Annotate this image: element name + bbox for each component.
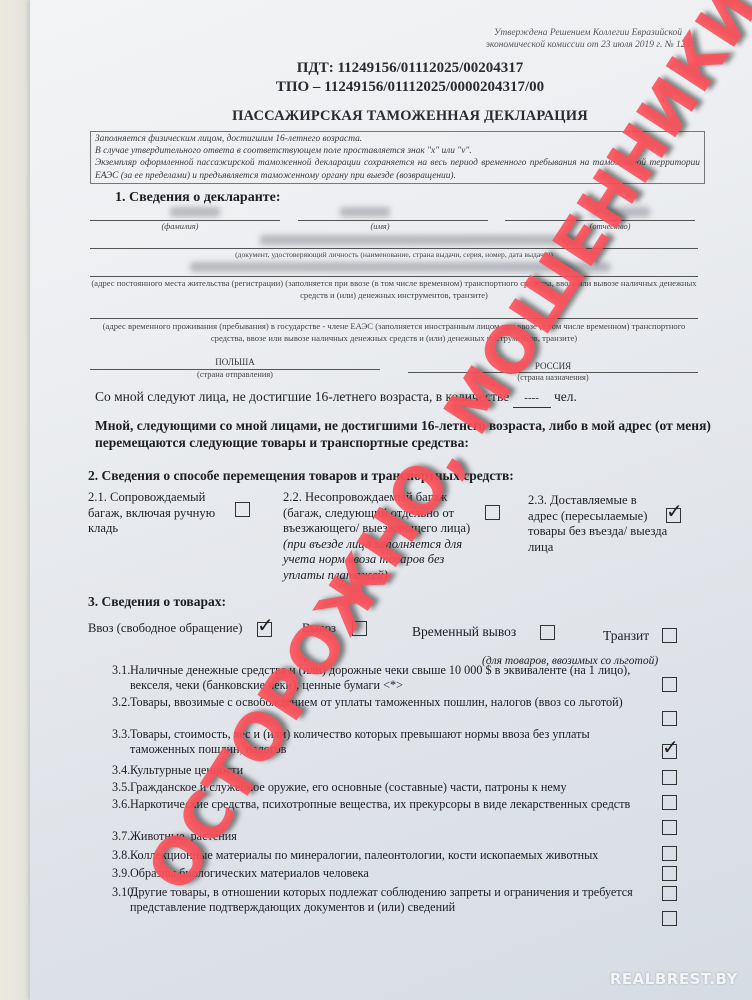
goods-item-number: 3.9. xyxy=(112,866,130,881)
destination-country-caption: (страна назначения) xyxy=(408,373,698,382)
departure-country-caption: (страна отправления) xyxy=(90,370,380,379)
check-icon: ✓ xyxy=(666,501,683,521)
section-1-heading: 1. Сведения о декларанте: xyxy=(115,190,281,206)
temporary-address-field[interactable] xyxy=(90,318,698,319)
goods-item-label: Культурные ценности xyxy=(130,763,640,778)
document-value-redacted xyxy=(260,235,580,245)
goods-item-label: Товары, стоимость, вес и (или) количеств… xyxy=(130,727,640,756)
goods-item-label: Наркотические средства, психотропные вещ… xyxy=(130,797,640,812)
goods-item-label: Гражданское и служебное оружие, его осно… xyxy=(130,780,640,795)
approval-note: Утверждена Решением Коллегии Евразийской… xyxy=(458,27,718,51)
option-2-2-checkbox[interactable] xyxy=(485,505,500,520)
mode-temp-export-label: Временный вывоз xyxy=(412,624,516,640)
mode-transit-label: Транзит xyxy=(603,628,649,644)
goods-item-number: 3.4. xyxy=(112,763,130,778)
minors-label: Со мной следуют лица, не достигшие 16-ле… xyxy=(95,389,509,404)
patronymic-field[interactable] xyxy=(505,220,695,221)
goods-item-label: Наличные денежные средства и (или) дорож… xyxy=(130,663,640,692)
approval-line-1: Утверждена Решением Коллегии Евразийской xyxy=(458,27,718,39)
goods-item-label: Другие товары, в отношении которых подле… xyxy=(130,885,640,914)
mode-export-checkbox[interactable] xyxy=(352,621,367,636)
permanent-address-caption: (адрес постоянного места жительства (рег… xyxy=(90,277,698,301)
mode-import-checkbox[interactable]: ✓ xyxy=(257,622,272,637)
background-surface xyxy=(0,0,30,1000)
goods-item-number: 3.5. xyxy=(112,780,130,795)
goods-item-checkbox[interactable] xyxy=(662,820,677,835)
instructions-box: Заполняется физическим лицом, достигшим … xyxy=(90,131,705,184)
pdt-number: ПДТ: 11249156/01112025/00204317 xyxy=(150,59,670,78)
identity-document-field[interactable] xyxy=(90,248,698,249)
goods-item-checkbox[interactable] xyxy=(662,711,677,726)
notice-line-1: Заполняется физическим лицом, достигшим … xyxy=(95,133,700,145)
goods-item-number: 3.6. xyxy=(112,797,130,812)
goods-statement: Мной, следующими со мной лицами, не дост… xyxy=(95,417,735,451)
goods-item-checkbox[interactable]: ✓ xyxy=(662,744,677,759)
check-icon: ✓ xyxy=(257,615,274,635)
notice-line-3: Экземпляр оформленной пассажирской тамож… xyxy=(95,157,700,181)
goods-item-number: 3.3. xyxy=(112,727,130,742)
brand-watermark: REALBREST.BY xyxy=(610,970,738,988)
minors-count-field[interactable]: ---- xyxy=(513,390,551,408)
page-title: ПАССАЖИРСКАЯ ТАМОЖЕННАЯ ДЕКЛАРАЦИЯ xyxy=(150,108,670,125)
option-2-2-label: 2.2. Несопровождаемый багаж (багаж, след… xyxy=(283,490,483,537)
option-2-1-label: 2.1. Сопровождаемый багаж, включая ручну… xyxy=(88,490,238,537)
name-caption: (имя) xyxy=(350,222,410,231)
name-value-redacted xyxy=(340,207,390,217)
goods-item-checkbox[interactable] xyxy=(662,677,677,692)
minors-unit: чел. xyxy=(554,389,577,404)
destination-country-value: РОССИЯ xyxy=(408,361,698,371)
mode-transit-checkbox[interactable] xyxy=(662,628,677,643)
mode-export-label: Вывоз xyxy=(302,621,336,637)
option-2-3-checkbox[interactable]: ✓ xyxy=(666,508,681,523)
tpo-number: ТПО – 11249156/01112025/0000204317/00 xyxy=(150,78,670,97)
goods-item-checkbox[interactable] xyxy=(662,795,677,810)
surname-field[interactable] xyxy=(90,220,280,221)
goods-item-label: Животные, растения xyxy=(130,829,640,844)
goods-item-checkbox[interactable] xyxy=(662,911,677,926)
approval-line-2: экономической комиссии от 23 июля 2019 г… xyxy=(458,39,718,51)
goods-item-checkbox[interactable] xyxy=(662,886,677,901)
minors-line: Со мной следуют лица, не достигшие 16-ле… xyxy=(95,388,715,408)
option-2-3-label: 2.3. Доставляемые в адрес (пересылаемые)… xyxy=(528,493,668,555)
check-icon: ✓ xyxy=(662,737,679,757)
surname-caption: (фамилия) xyxy=(140,222,220,231)
option-2-2: 2.2. Несопровождаемый багаж (багаж, след… xyxy=(283,490,483,583)
declaration-paper: Утверждена Решением Коллегии Евразийской… xyxy=(30,0,752,1000)
goods-item-number: 3.7. xyxy=(112,829,130,844)
option-2-1-checkbox[interactable] xyxy=(235,502,250,517)
goods-item-checkbox[interactable] xyxy=(662,846,677,861)
name-field[interactable] xyxy=(298,220,488,221)
goods-item-label: Товары, ввозимые с освобождением от упла… xyxy=(130,695,640,710)
departure-country-value: ПОЛЬША xyxy=(90,357,380,367)
temporary-address-caption: (адрес временного проживания (пребывания… xyxy=(90,320,698,344)
mode-temp-export-checkbox[interactable] xyxy=(540,625,555,640)
option-2-2-note: (при въезде лица заполняется для учета н… xyxy=(283,537,483,584)
goods-item-number: 3.2. xyxy=(112,695,130,710)
goods-item-number: 3.1. xyxy=(112,663,130,678)
goods-item-label: Образцы биологических материалов человек… xyxy=(130,866,640,881)
section-3-heading: 3. Сведения о товарах: xyxy=(88,593,226,610)
mode-import-label: Ввоз (свободное обращение) xyxy=(88,621,242,637)
notice-line-2: В случае утвердительного ответа в соотве… xyxy=(95,145,700,157)
goods-item-checkbox[interactable] xyxy=(662,866,677,881)
goods-item-number: 3.8. xyxy=(112,848,130,863)
patronymic-value-redacted xyxy=(590,207,650,217)
identity-document-caption: (документ, удостоверяющий личность (наим… xyxy=(90,250,698,259)
section-2-heading: 2. Сведения о способе перемещения товаро… xyxy=(88,467,728,484)
goods-item-checkbox[interactable] xyxy=(662,770,677,785)
address-value-redacted xyxy=(190,262,610,272)
surname-value-redacted xyxy=(170,207,220,217)
goods-item-label: Коллекционные материалы по минералогии, … xyxy=(130,848,640,863)
patronymic-caption: (отчество) xyxy=(570,222,650,231)
